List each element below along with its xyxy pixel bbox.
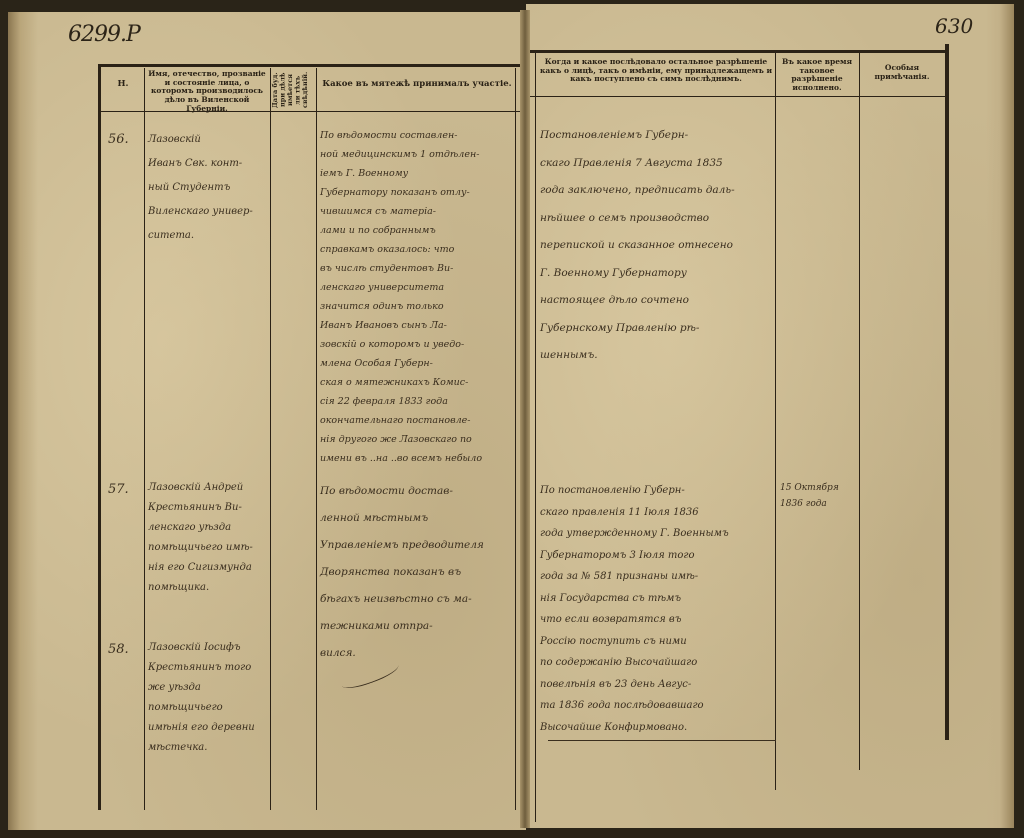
row-name: Лазовскій Андрей Крестьянинъ Ви- ленскаг… <box>148 478 270 598</box>
left-outer-rule <box>98 64 101 810</box>
folio-number: 630 <box>935 14 973 38</box>
row-participation: По вѣдомости достав- ленной мѣстнымъ Упр… <box>320 478 516 667</box>
col-rule-2 <box>270 68 271 810</box>
header-date: Дата буд. при дѣлѣ имѣется ли тѣхъ свѣдѣ… <box>272 70 314 110</box>
resolution-underline <box>548 740 776 741</box>
book-spine <box>520 10 530 828</box>
right-top-rule <box>530 50 948 53</box>
row-number: 56. <box>108 128 129 152</box>
col-rule-7 <box>859 50 860 770</box>
row-resolution: Постановленіемъ Губерн- скаго Правленія … <box>540 122 776 370</box>
row-number: 58. <box>108 638 129 662</box>
right-header-rule <box>530 96 948 97</box>
header-executed: Въ какое время таковое разрѣшеніе исполн… <box>777 58 857 93</box>
row-number: 57. <box>108 478 129 502</box>
left-top-rule <box>100 64 520 67</box>
right-outer-rule <box>945 44 949 740</box>
header-notes: Особыя примѣчанія. <box>861 64 943 81</box>
header-name: Имя, отечество, прозваніе и состояніе ли… <box>146 70 268 113</box>
col-rule-3 <box>316 68 317 810</box>
row-executed: 15 Октября 1836 года <box>780 480 858 512</box>
col-rule-1 <box>144 68 145 810</box>
archive-number: 6299.Р <box>68 22 140 47</box>
header-number: Н. <box>104 80 142 90</box>
row-resolution: По постановленію Губерн- скаго правленія… <box>540 480 776 738</box>
header-participation: Какое въ мятежѣ принималъ участіе. <box>320 80 514 90</box>
col-rule-5 <box>535 50 536 822</box>
row-name: Лазовскій Иванъ Свк. конт- ный Студентъ … <box>148 128 270 248</box>
row-name: Лазовскій Іосифъ Крестьянинъ того же уѣз… <box>148 638 270 758</box>
row-participation: По вѣдомости составлен- ной медицинскимъ… <box>320 126 516 468</box>
header-resolution: Когда и какое послѣдовало остальное разр… <box>538 58 774 84</box>
